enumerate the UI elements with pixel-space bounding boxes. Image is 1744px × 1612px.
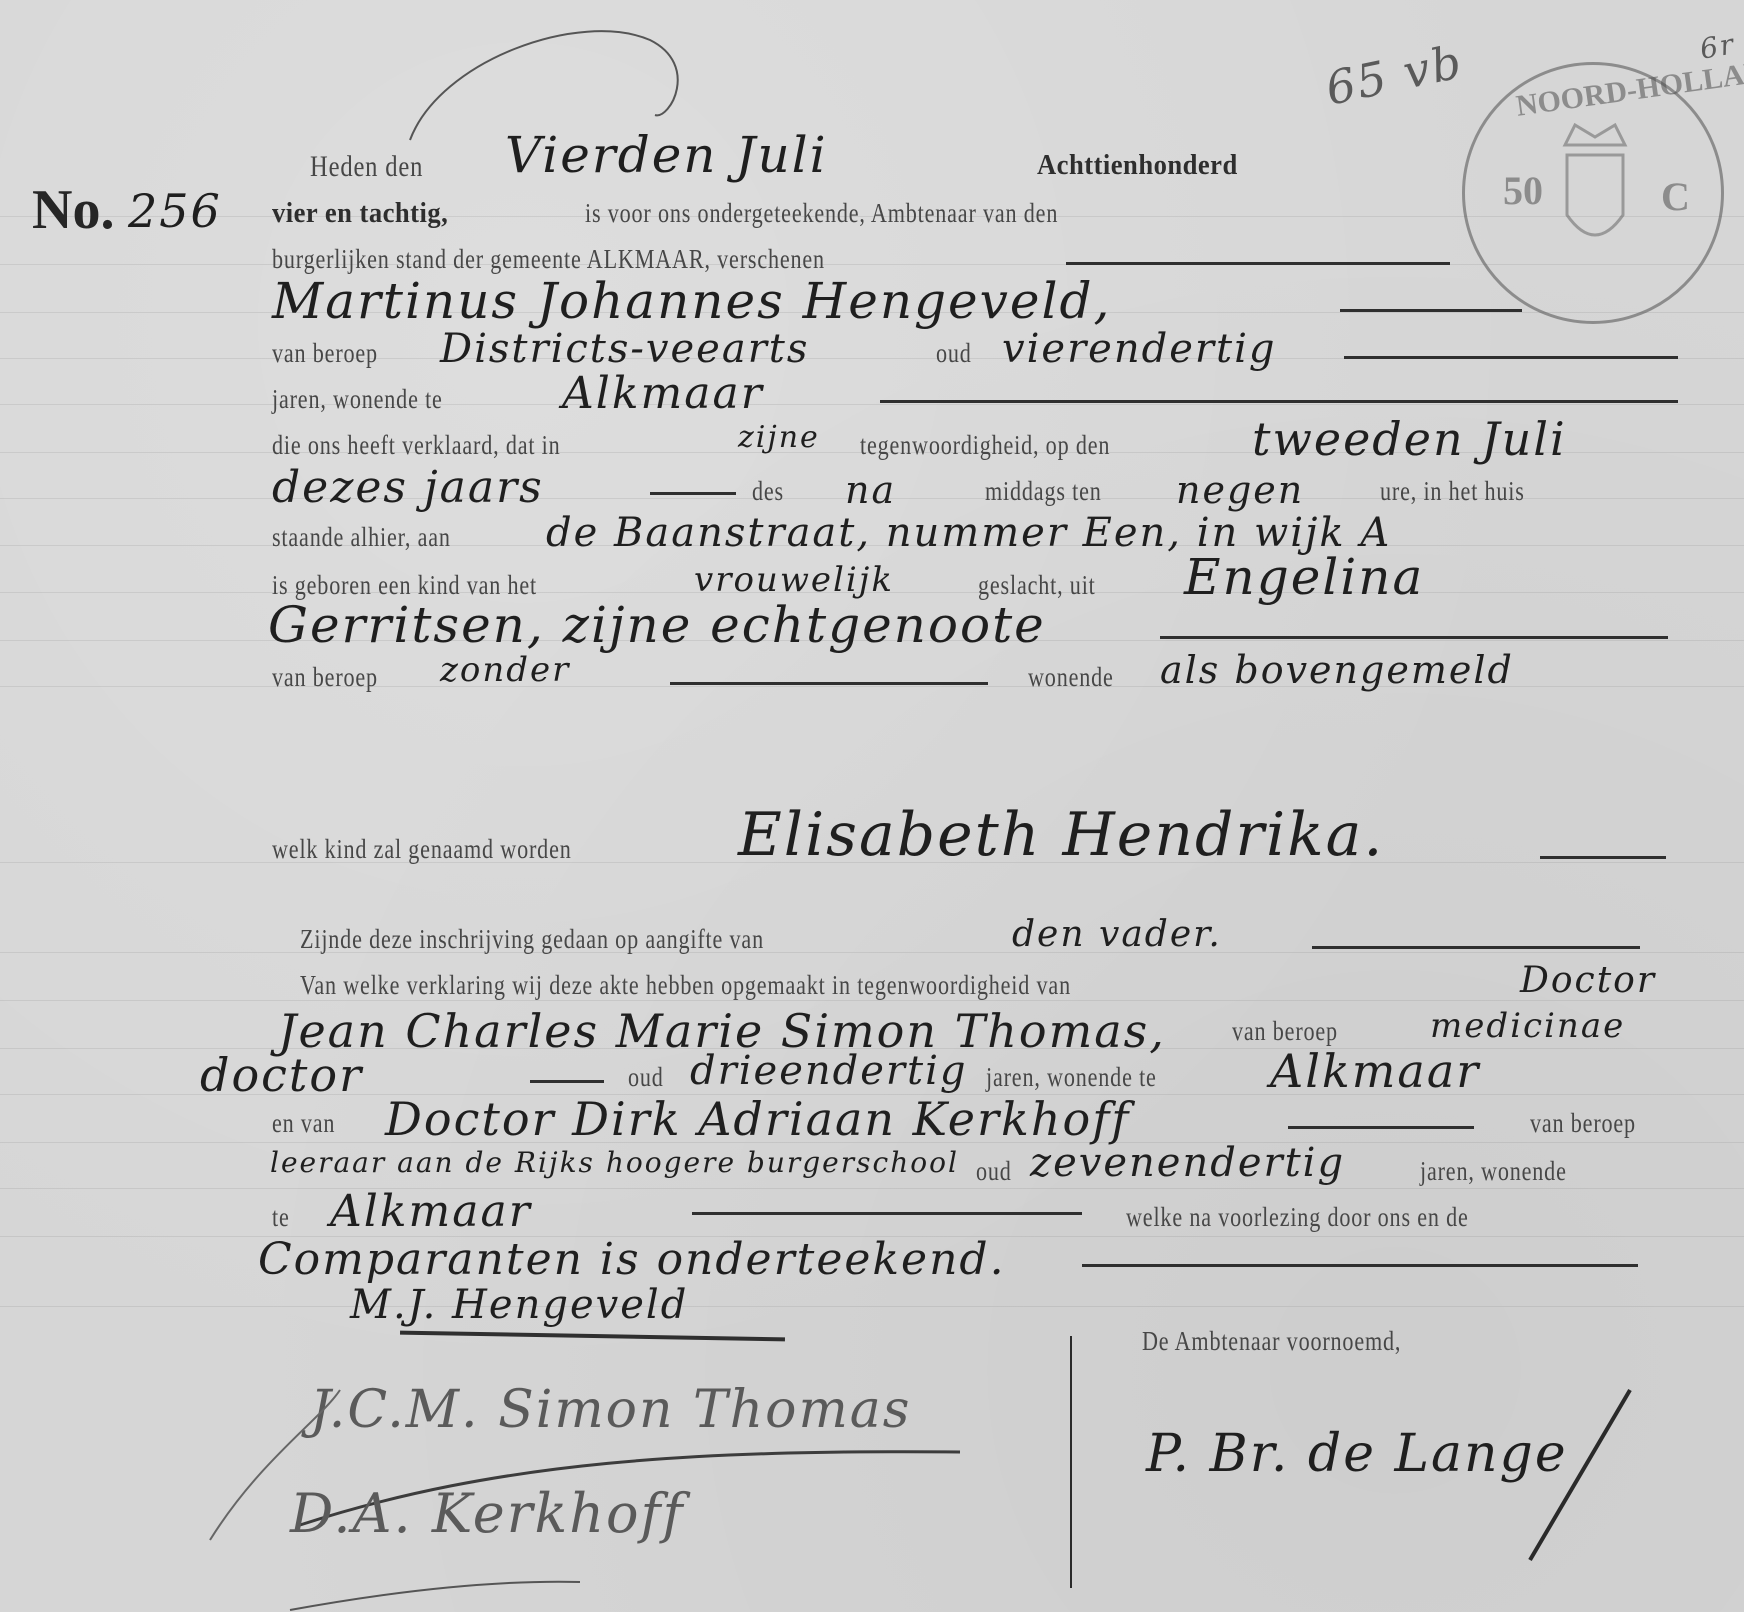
ruled-line xyxy=(0,1306,1744,1307)
printed-text: welk kind zal genaamd worden xyxy=(272,834,572,865)
crown-shield-icon xyxy=(1545,115,1645,265)
record-number-value: 256 xyxy=(128,184,222,238)
handwritten-witness2-occupation: leeraar aan de Rijks hoogere burgerschoo… xyxy=(270,1146,959,1179)
fill-line xyxy=(1160,636,1668,639)
printed-text: tegenwoordigheid, op den xyxy=(860,430,1110,461)
printed-year-suffix: vier en tachtig, xyxy=(272,198,448,230)
handwritten-date-day: Vierden Juli xyxy=(505,126,828,184)
printed-text: te xyxy=(272,1202,290,1233)
handwritten-sex: vrouwelijk xyxy=(694,560,894,600)
printed-text: van beroep xyxy=(272,662,378,693)
signature-divider xyxy=(1070,1336,1072,1588)
printed-text: jaren, wonende te xyxy=(272,384,443,415)
printed-text: oud xyxy=(976,1156,1012,1187)
signature-underline xyxy=(400,1331,785,1342)
record-number-prefix: No. xyxy=(32,179,114,241)
printed-text: burgerlijken stand der gemeente ALKMAAR,… xyxy=(272,244,825,275)
printed-text: jaren, wonende xyxy=(1420,1156,1567,1187)
fill-line xyxy=(1340,309,1522,312)
fill-line xyxy=(530,1080,604,1083)
printed-heden-den: Heden den xyxy=(310,150,423,184)
handwritten-child-name: Elisabeth Hendrika. xyxy=(738,800,1384,870)
printed-text: welke na voorlezing door ons en de xyxy=(1126,1202,1469,1233)
handwritten-mother-surname: Gerritsen, zijne echtgenoote xyxy=(268,596,1046,654)
birth-certificate-page: 65 vb 6r NOORD-HOLLAND 50 C No. 256 Hede… xyxy=(0,0,1744,1612)
printed-text: jaren, wonende te xyxy=(986,1062,1157,1093)
ruled-line xyxy=(0,404,1744,405)
fill-line xyxy=(1082,1264,1638,1267)
printed-text: oud xyxy=(936,338,972,369)
handwritten-birth-date: tweeden Juli xyxy=(1252,412,1567,466)
handwritten-occupation: Districts-veearts xyxy=(440,326,809,372)
handwritten-pronoun: zijne xyxy=(738,420,820,455)
printed-text: van beroep xyxy=(272,338,378,369)
printed-text: die ons heeft verklaard, dat in xyxy=(272,430,561,461)
handwritten-residence: Alkmaar xyxy=(562,368,764,419)
handwritten-father-name: Martinus Johannes Hengeveld, xyxy=(272,272,1111,330)
fill-line xyxy=(1540,856,1666,859)
handwritten-hour: negen xyxy=(1176,468,1304,512)
handwritten-witness1-residence: Alkmaar xyxy=(1270,1044,1480,1098)
printed-text: oud xyxy=(628,1062,664,1093)
fill-line xyxy=(1312,946,1640,949)
signature-witness2: D.A. Kerkhoff xyxy=(290,1482,685,1545)
handwritten-witness1-occupation-cont: doctor xyxy=(200,1048,363,1102)
printed-text: is voor ons ondergeteekende, Ambtenaar v… xyxy=(585,198,1058,229)
handwritten-witness1-occupation: medicinae xyxy=(1430,1006,1625,1046)
handwritten-mother-first-name: Engelina xyxy=(1184,548,1424,606)
printed-text: en van xyxy=(272,1108,335,1139)
printed-text: des xyxy=(752,476,784,507)
pencil-note-folio: 65 vb xyxy=(1321,34,1468,116)
fill-line xyxy=(1344,356,1678,359)
fill-line xyxy=(1066,262,1450,265)
stamp-top-text: NOORD-HOLLAND xyxy=(1514,52,1744,124)
fill-line xyxy=(650,492,736,495)
handwritten-year-ref: dezes jaars xyxy=(272,462,544,513)
printed-text: staande alhier, aan xyxy=(272,522,451,553)
handwritten-mother-occupation: zonder xyxy=(440,650,570,690)
fill-line xyxy=(670,682,988,685)
official-label: De Ambtenaar voornoemd, xyxy=(1142,1326,1401,1357)
printed-text: middags ten xyxy=(985,476,1102,507)
printed-text: wonende xyxy=(1028,662,1114,693)
handwritten-title: Doctor xyxy=(1520,960,1656,1001)
ruled-line xyxy=(0,952,1744,953)
official-seal-stamp: NOORD-HOLLAND 50 C xyxy=(1462,62,1724,324)
signature-declarant: M.J. Hengeveld xyxy=(350,1282,688,1328)
printed-text: van beroep xyxy=(1232,1016,1338,1047)
printed-year-prefix: Achttienhonderd xyxy=(1037,150,1238,182)
fill-line xyxy=(1288,1126,1474,1129)
printed-text: Van welke verklaring wij deze akte hebbe… xyxy=(300,970,1071,1001)
handwritten-mother-residence: als bovengemeld xyxy=(1160,648,1514,692)
handwritten-time-part: na xyxy=(845,468,896,512)
signature-official: P. Br. de Lange xyxy=(1146,1424,1568,1484)
handwritten-witness2-age: zevenendertig xyxy=(1030,1140,1345,1186)
handwritten-witness2-name: Doctor Dirk Adriaan Kerkhoff xyxy=(385,1092,1130,1146)
handwritten-closing: Comparanten is onderteekend. xyxy=(258,1234,1006,1285)
handwritten-declarant: den vader. xyxy=(1012,914,1222,955)
fill-line xyxy=(880,400,1678,403)
handwritten-age: vierendertig xyxy=(1002,326,1277,372)
ruled-line xyxy=(0,1188,1744,1189)
fill-line xyxy=(692,1212,1082,1215)
record-number-label: No. xyxy=(32,178,114,242)
handwritten-witness2-residence: Alkmaar xyxy=(330,1186,532,1237)
handwritten-witness1-age: drieendertig xyxy=(690,1048,968,1094)
printed-text: ure, in het huis xyxy=(1380,476,1525,507)
stamp-center-text: 50 xyxy=(1503,167,1543,214)
printed-text: Zijnde deze inschrijving gedaan op aangi… xyxy=(300,924,764,955)
official-signature-stroke xyxy=(1520,1380,1640,1580)
printed-text: van beroep xyxy=(1530,1108,1636,1139)
stamp-side-letter: C xyxy=(1661,173,1690,220)
